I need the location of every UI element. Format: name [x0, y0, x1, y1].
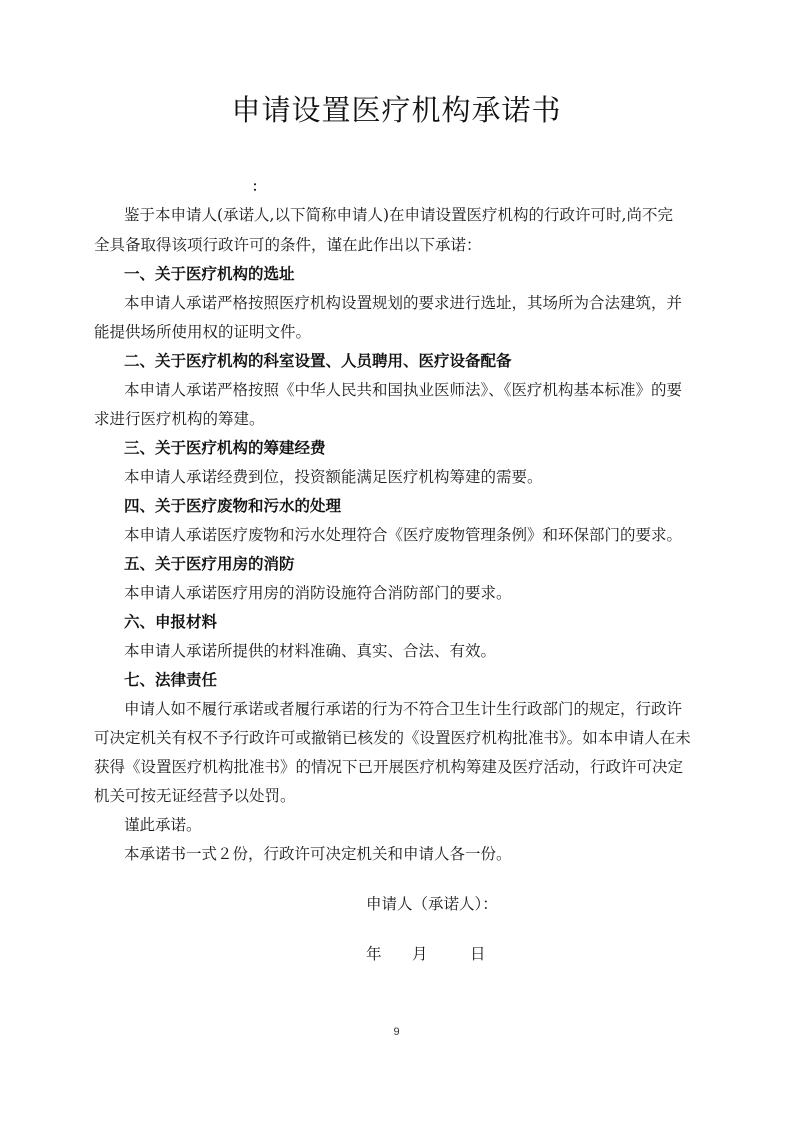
- salutation-colon: ：: [252, 176, 265, 195]
- document-page: 申请设置医疗机构承诺书 ： 鉴于本申请人(承诺人,以下简称申请人)在申请设置医疗…: [0, 0, 793, 1122]
- section-7-line-2: 可决定机关有权不予行政许可或撤销已核发的《设置医疗机构批准书》。如本申请人在未: [94, 726, 691, 748]
- section-heading-7: 七、法律责任: [124, 668, 217, 690]
- section-1-line-2: 能提供场所使用权的证明文件。: [94, 320, 311, 342]
- section-7-line-4: 机关可按无证经营予以处罚。: [94, 784, 296, 806]
- section-heading-1: 一、关于医疗机构的选址: [124, 262, 295, 284]
- section-2-line-2: 求进行医疗机构的筹建。: [94, 407, 265, 429]
- closing-line: 谨此承诺。: [124, 813, 202, 835]
- copies-note: 本承诺书一式２份，行政许可决定机关和申请人各一份。: [124, 842, 512, 864]
- section-1-line-1: 本申请人承诺严格按照医疗机构设置规划的要求进行选址，其场所为合法建筑，并: [124, 291, 682, 313]
- section-5-line-1: 本申请人承诺医疗用房的消防设施符合消防部门的要求。: [124, 581, 512, 603]
- applicant-signature-label: 申请人（承诺人）：: [366, 892, 498, 914]
- document-title: 申请设置医疗机构承诺书: [0, 88, 793, 129]
- date-month-label: 月: [412, 942, 428, 964]
- section-heading-3: 三、关于医疗机构的筹建经费: [124, 436, 326, 458]
- section-4-line-1: 本申请人承诺医疗废物和污水处理符合《医疗废物管理条例》和环保部门的要求。: [124, 523, 682, 545]
- intro-line-1: 鉴于本申请人(承诺人,以下简称申请人)在申请设置医疗机构的行政许可时,尚不完: [124, 203, 673, 225]
- section-6-line-1: 本申请人承诺所提供的材料准确、真实、合法、有效。: [124, 639, 496, 661]
- section-heading-4: 四、关于医疗废物和污水的处理: [124, 494, 341, 516]
- section-heading-2: 二、关于医疗机构的科室设置、人员聘用、医疗设备配备: [124, 349, 512, 371]
- date-day-label: 日: [470, 942, 486, 964]
- section-heading-6: 六、申报材料: [124, 610, 217, 632]
- page-number: 9: [0, 1026, 793, 1038]
- section-3-line-1: 本申请人承诺经费到位，投资额能满足医疗机构筹建的需要。: [124, 465, 543, 487]
- section-heading-5: 五、关于医疗用房的消防: [124, 552, 295, 574]
- section-2-line-1: 本申请人承诺严格按照《中华人民共和国执业医师法》、《医疗机构基本标准》的要: [124, 378, 682, 400]
- section-7-line-1: 申请人如不履行承诺或者履行承诺的行为不符合卫生计生行政部门的规定，行政许: [124, 697, 682, 719]
- section-7-line-3: 获得《设置医疗机构批准书》的情况下已开展医疗机构筹建及医疗活动，行政许可决定: [94, 755, 683, 777]
- date-year-label: 年: [366, 942, 382, 964]
- intro-line-2: 全具备取得该项行政许可的条件，谨在此作出以下承诺：: [94, 233, 482, 255]
